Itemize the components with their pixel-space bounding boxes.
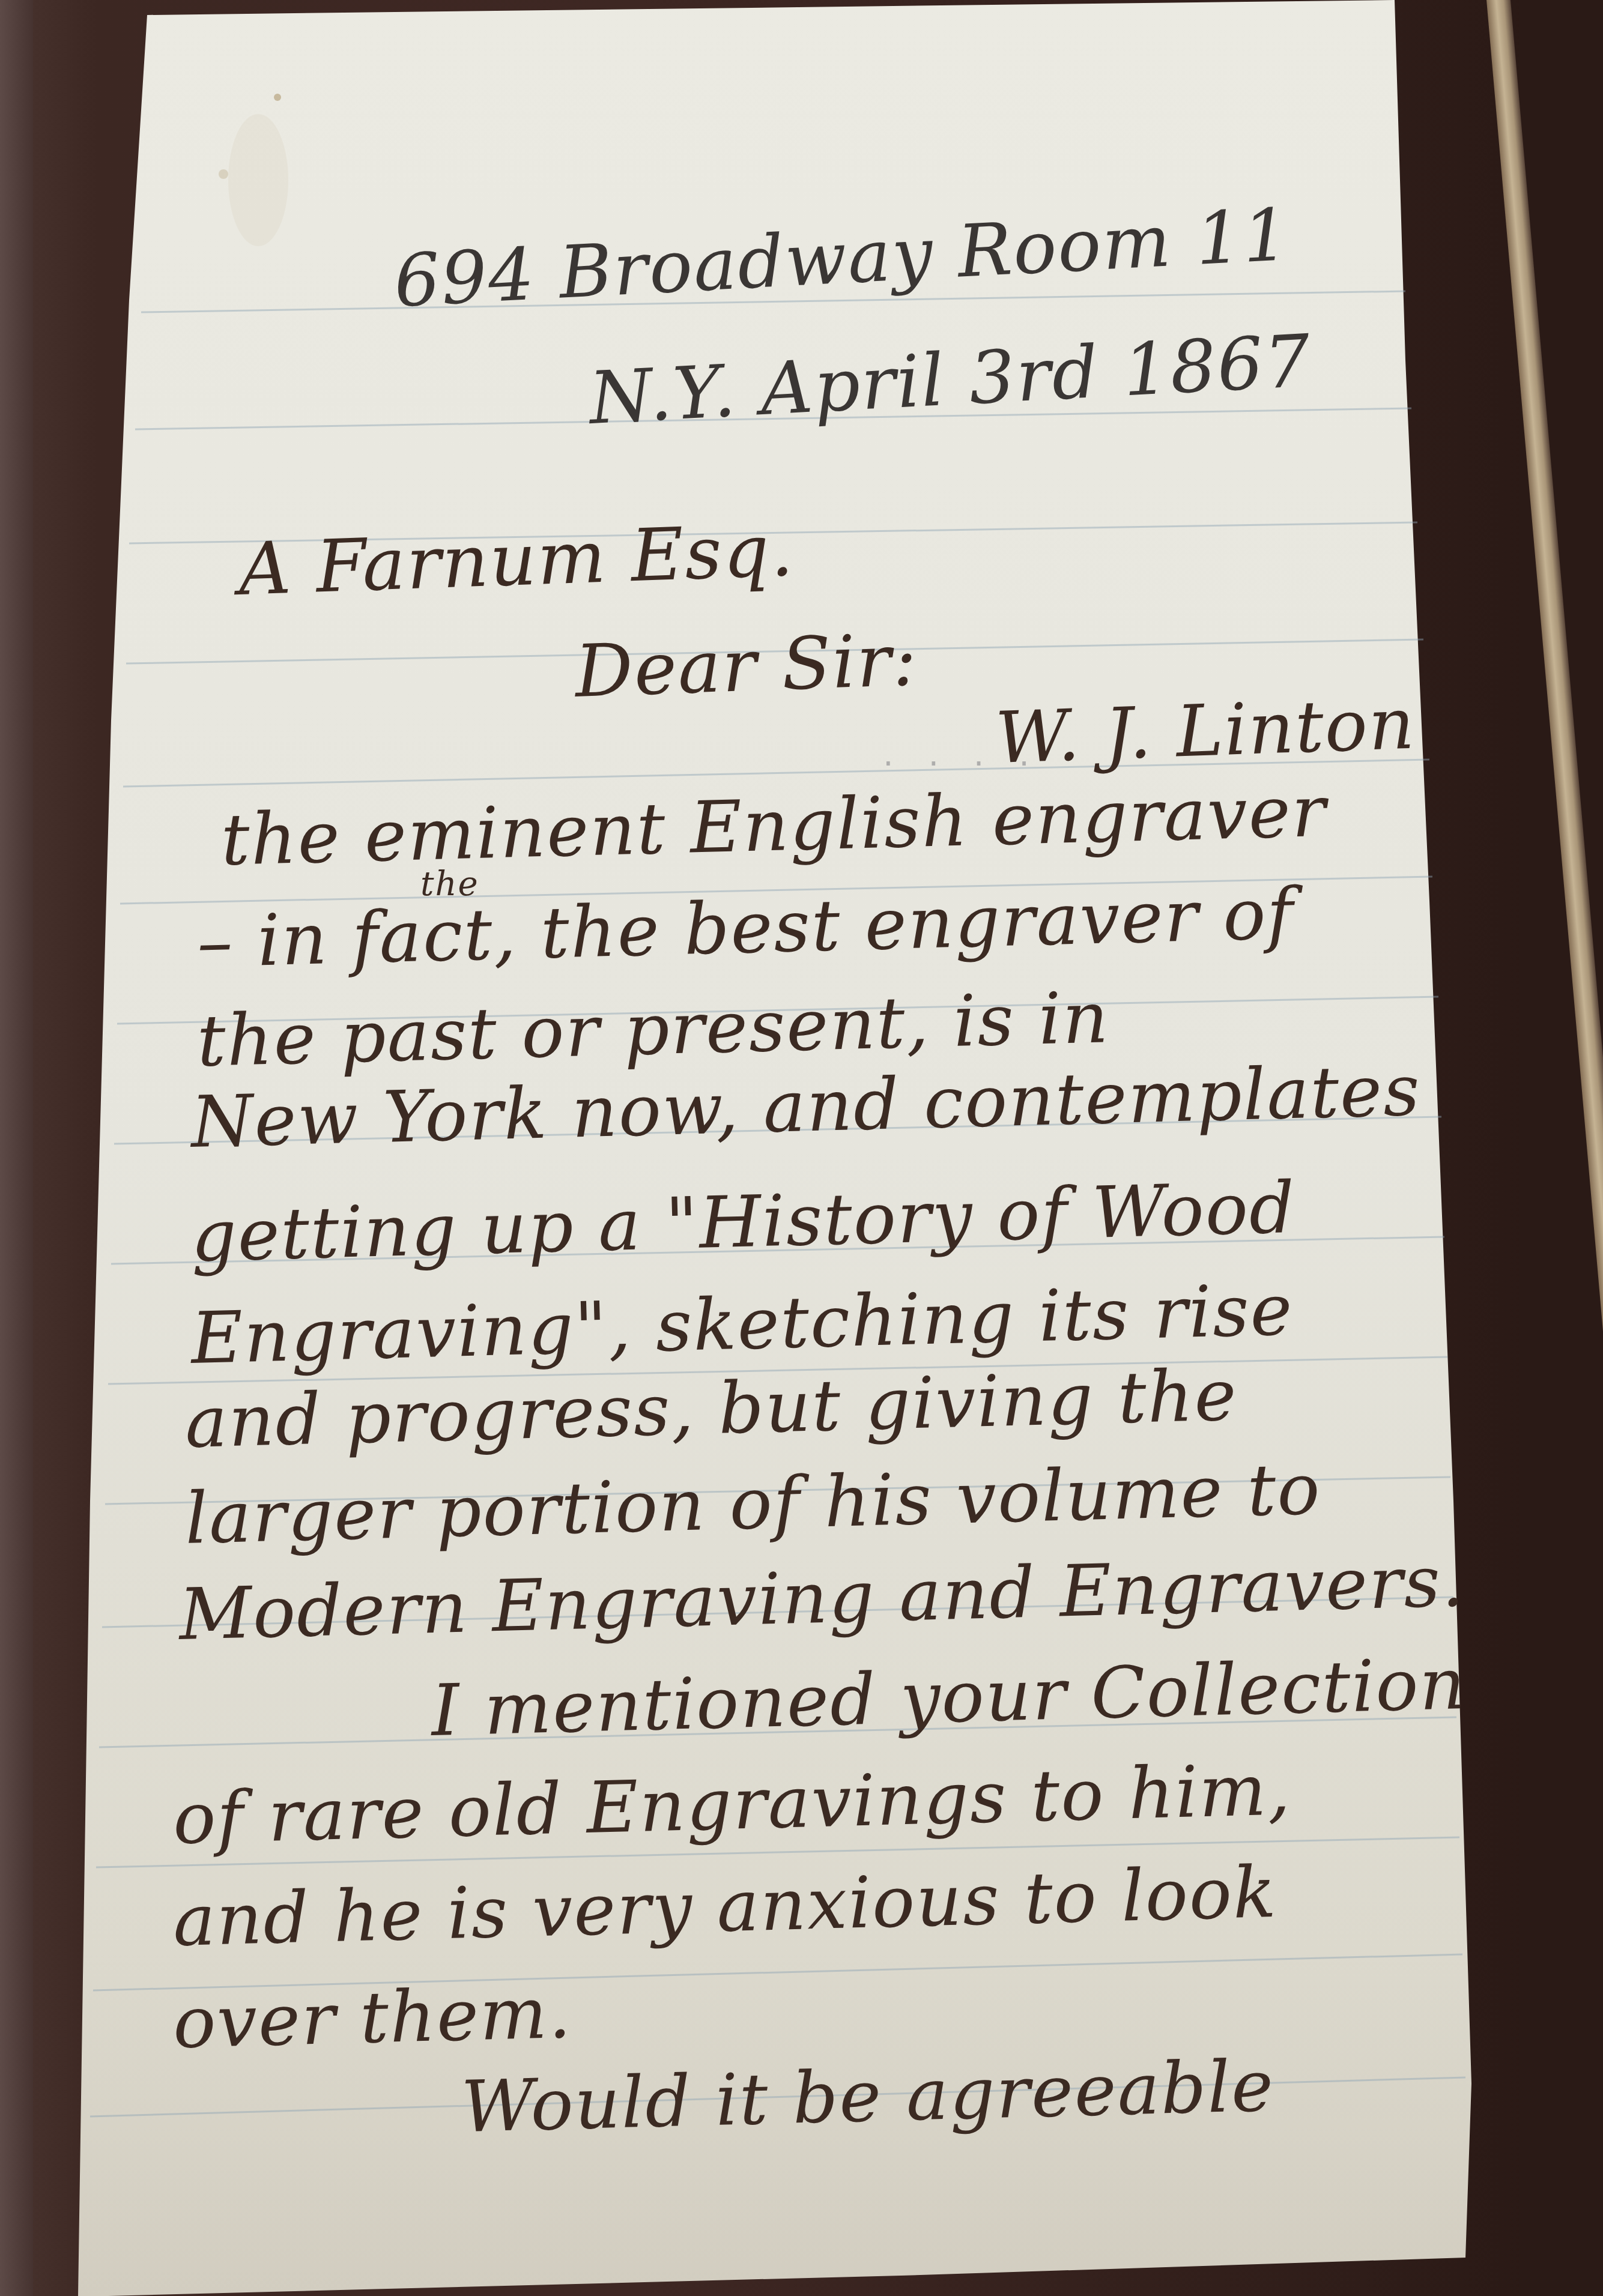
backing-left-edge bbox=[0, 0, 33, 2296]
body-line-1: W. J. Linton bbox=[994, 682, 1417, 779]
greeting-line: Dear Sir: bbox=[574, 618, 919, 714]
body-line-14: over them. bbox=[172, 1971, 572, 2064]
